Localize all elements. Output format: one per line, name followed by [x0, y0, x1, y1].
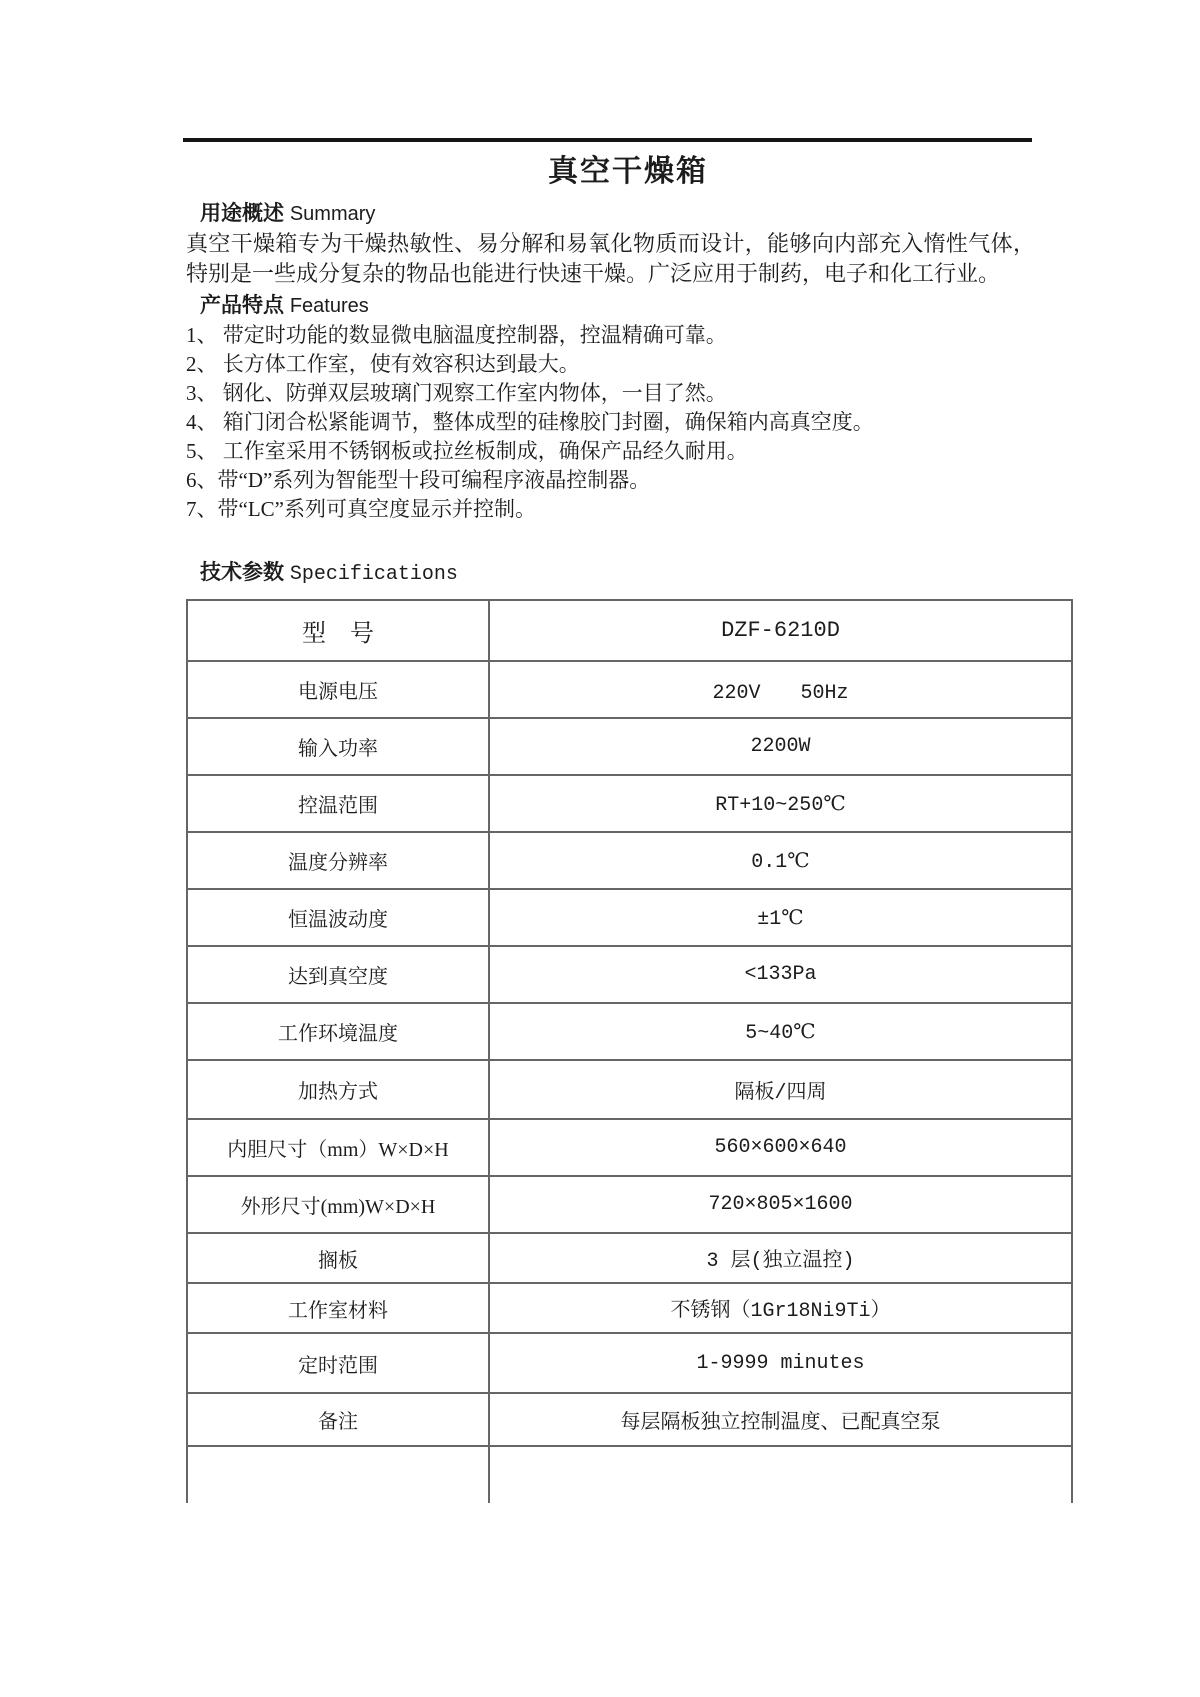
table-row: 加热方式隔板/四周 — [187, 1060, 1072, 1119]
spec-label: 定时范围 — [187, 1333, 489, 1393]
spec-label: 电源电压 — [187, 661, 489, 718]
section-heading-features: 产品特点 Features — [200, 293, 1070, 319]
features-heading-zh: 产品特点 — [200, 294, 284, 317]
spec-label — [187, 1446, 489, 1503]
specifications-table: 型 号DZF-6210D电源电压220V 50Hz输入功率2200W控温范围RT… — [186, 599, 1073, 1503]
features-list: 1、 带定时功能的数显微电脑温度控制器，控温精确可靠。2、 长方体工作室，使有效… — [186, 321, 1070, 524]
spec-value: <133Pa — [489, 946, 1072, 1003]
feature-item: 2、 长方体工作室，使有效容积达到最大。 — [186, 350, 1070, 379]
horizontal-rule — [183, 138, 1032, 142]
spec-value: 1-9999 minutes — [489, 1333, 1072, 1393]
feature-item: 7、带“LC”系列可真空度显示并控制。 — [186, 495, 1070, 524]
summary-paragraph: 真空干燥箱专为干燥热敏性、易分解和易氧化物质而设计，能够向内部充入惰性气体，特别… — [186, 229, 1035, 289]
spec-label: 加热方式 — [187, 1060, 489, 1119]
document-page: 真空干燥箱 用途概述 Summary 真空干燥箱专为干燥热敏性、易分解和易氧化物… — [0, 0, 1200, 1697]
spec-value: 隔板/四周 — [489, 1060, 1072, 1119]
table-row: 达到真空度<133Pa — [187, 946, 1072, 1003]
page-title: 真空干燥箱 — [186, 155, 1070, 189]
spec-label: 工作环境温度 — [187, 1003, 489, 1060]
spec-label: 温度分辨率 — [187, 832, 489, 889]
table-row: 电源电压220V 50Hz — [187, 661, 1072, 718]
table-row: 外形尺寸(mm)W×D×H720×805×1600 — [187, 1176, 1072, 1233]
spec-label: 内胆尺寸（mm）W×D×H — [187, 1119, 489, 1176]
features-heading-en: Features — [290, 295, 369, 317]
feature-item: 3、 钢化、防弹双层玻璃门观察工作室内物体，一目了然。 — [186, 379, 1070, 408]
table-row: 控温范围RT+10~250℃ — [187, 775, 1072, 832]
section-heading-specifications: 技术参数 Specifications — [200, 560, 1070, 588]
summary-heading-zh: 用途概述 — [200, 202, 284, 225]
table-row: 搁板3 层(独立温控) — [187, 1233, 1072, 1283]
table-row: 输入功率2200W — [187, 718, 1072, 775]
spec-label: 搁板 — [187, 1233, 489, 1283]
spec-label: 工作室材料 — [187, 1283, 489, 1333]
specifications-heading-en: Specifications — [290, 563, 458, 586]
table-row: 备注每层隔板独立控制温度、已配真空泵 — [187, 1393, 1072, 1446]
spec-value — [489, 1446, 1072, 1503]
specifications-heading-zh: 技术参数 — [200, 561, 284, 584]
feature-item: 6、带“D”系列为智能型十段可编程序液晶控制器。 — [186, 466, 1070, 495]
spec-label: 达到真空度 — [187, 946, 489, 1003]
spec-value: 560×600×640 — [489, 1119, 1072, 1176]
table-row: 定时范围1-9999 minutes — [187, 1333, 1072, 1393]
feature-item: 5、 工作室采用不锈钢板或拉丝板制成，确保产品经久耐用。 — [186, 437, 1070, 466]
feature-item: 1、 带定时功能的数显微电脑温度控制器，控温精确可靠。 — [186, 321, 1070, 350]
spec-value: 5~40℃ — [489, 1003, 1072, 1060]
spec-value: 720×805×1600 — [489, 1176, 1072, 1233]
feature-item: 4、 箱门闭合松紧能调节，整体成型的硅橡胶门封圈，确保箱内高真空度。 — [186, 408, 1070, 437]
document-content: 真空干燥箱 用途概述 Summary 真空干燥箱专为干燥热敏性、易分解和易氧化物… — [0, 138, 1200, 1503]
spec-value: 每层隔板独立控制温度、已配真空泵 — [489, 1393, 1072, 1446]
spec-value: 220V 50Hz — [489, 661, 1072, 718]
table-row: 工作室材料不锈钢（1Gr18Ni9Ti） — [187, 1283, 1072, 1333]
spec-label: 输入功率 — [187, 718, 489, 775]
spec-value: 0.1℃ — [489, 832, 1072, 889]
table-row: 型 号DZF-6210D — [187, 600, 1072, 661]
spec-value: 不锈钢（1Gr18Ni9Ti） — [489, 1283, 1072, 1333]
spec-value: 3 层(独立温控) — [489, 1233, 1072, 1283]
spec-label: 控温范围 — [187, 775, 489, 832]
table-row — [187, 1446, 1072, 1503]
summary-heading-en: Summary — [290, 203, 376, 225]
spec-label: 外形尺寸(mm)W×D×H — [187, 1176, 489, 1233]
table-row: 恒温波动度±1℃ — [187, 889, 1072, 946]
table-row: 工作环境温度5~40℃ — [187, 1003, 1072, 1060]
table-row: 内胆尺寸（mm）W×D×H560×600×640 — [187, 1119, 1072, 1176]
spec-label: 恒温波动度 — [187, 889, 489, 946]
spec-value: RT+10~250℃ — [489, 775, 1072, 832]
spec-value: ±1℃ — [489, 889, 1072, 946]
section-heading-summary: 用途概述 Summary — [200, 201, 1070, 227]
spec-value: DZF-6210D — [489, 600, 1072, 661]
spec-table-body: 型 号DZF-6210D电源电压220V 50Hz输入功率2200W控温范围RT… — [187, 600, 1072, 1503]
spec-label: 备注 — [187, 1393, 489, 1446]
spec-label: 型 号 — [187, 600, 489, 661]
spec-value: 2200W — [489, 718, 1072, 775]
table-row: 温度分辨率0.1℃ — [187, 832, 1072, 889]
